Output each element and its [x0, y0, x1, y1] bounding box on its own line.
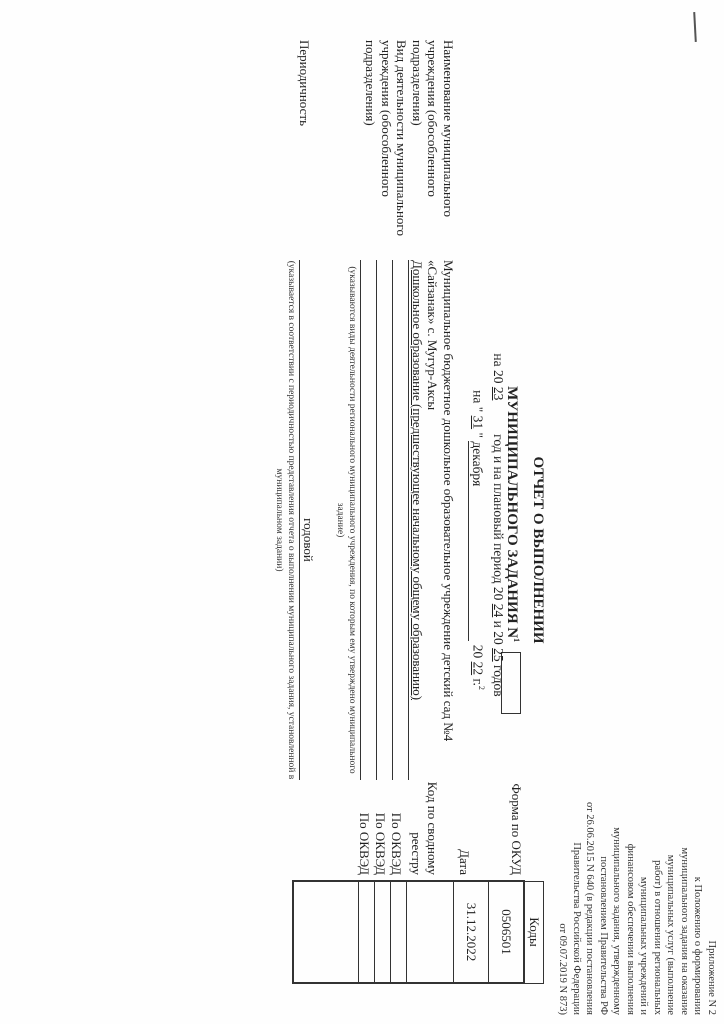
divider — [376, 260, 377, 780]
rotated-document-page: Приложение N 2 к Положению о формировани… — [0, 0, 724, 1024]
codes-label-okud: Форма по ОКУД — [509, 784, 525, 876]
divider — [392, 260, 393, 780]
date-line: на " 31 " декабря 20 22 г.2 — [469, 300, 487, 780]
divider — [360, 260, 361, 780]
codes-label-okved: По ОКВЭД — [373, 813, 389, 875]
periodicity-label: Периодичность — [296, 40, 312, 126]
plan-year-1: 24 — [491, 604, 506, 618]
appendix-line: муниципальных учреждений и — [637, 745, 651, 1015]
appendix-line: Правительства Российской Федерации — [570, 745, 584, 1015]
codes-cell-okved[interactable] — [391, 881, 407, 983]
institution-name-label: Наименование муниципального учреждения (… — [410, 40, 457, 240]
codes-label-registry: Код по сводному реестру — [409, 745, 440, 875]
period-line: на 20 23 год и на плановый период 20 24 … — [490, 245, 506, 805]
field-labels: Наименование муниципального учреждения (… — [363, 40, 456, 240]
codes-label-okved: По ОКВЭД — [389, 813, 405, 875]
codes-cell-okved[interactable] — [359, 881, 375, 983]
divider — [299, 260, 300, 780]
appendix-line: финансовом обеспечении выполнения — [624, 745, 638, 1015]
divider — [408, 260, 409, 780]
pen-mark — [693, 12, 697, 42]
codes-header: Коды — [524, 881, 544, 983]
date-month: декабря — [469, 441, 486, 641]
codes-label-okved: По ОКВЭД — [357, 813, 373, 875]
plan-year-2: 25 — [491, 648, 506, 662]
appendix-line: муниципального задания на оказание — [678, 745, 692, 1015]
appendix-line: от 26.06.2015 N 640 (в редакции постанов… — [583, 745, 597, 1015]
report-title: ОТЧЕТ О ВЫПОЛНЕНИИ МУНИЦИПАЛЬНОГО ЗАДАНИ… — [501, 300, 548, 800]
activity-value: Дошкольное образование (предшествующее н… — [410, 260, 426, 780]
activity-note: (указываются виды деятельности региональ… — [334, 260, 358, 780]
codes-table: Коды 0506501 31.12.2022 — [292, 880, 544, 984]
periodicity-note: (указывается в соответствии с периодично… — [273, 260, 297, 780]
report-year: 23 — [491, 387, 506, 401]
title-line-1: ОТЧЕТ О ВЫПОЛНЕНИИ — [527, 300, 548, 800]
appendix-line: к Положению о формировании — [691, 745, 705, 1015]
appendix-note: Приложение N 2 к Положению о формировани… — [556, 745, 718, 1015]
date-day: 31 — [471, 416, 486, 430]
codes-cell-blank[interactable] — [293, 881, 359, 983]
appendix-line: муниципального задания, утвержденному — [610, 745, 624, 1015]
appendix-line: муниципальных услуг (выполнение — [664, 745, 678, 1015]
appendix-line: Приложение N 2 — [705, 745, 719, 1015]
codes-cell-registry[interactable] — [407, 881, 454, 983]
periodicity-value: годовой — [300, 300, 316, 780]
codes-cell-date[interactable]: 31.12.2022 — [454, 881, 489, 983]
appendix-line: от 09.07.2019 N 873) — [556, 745, 570, 1015]
activity-type-label: Вид деятельности муниципального учрежден… — [363, 40, 410, 240]
codes-cell-okud[interactable]: 0506501 — [489, 881, 525, 983]
institution-value: Муниципальное бюджетное дошкольное образ… — [410, 260, 457, 780]
codes-label-date: Дата — [457, 849, 473, 875]
codes-cell-okved[interactable] — [375, 881, 391, 983]
appendix-line: работ) в отношении региональных — [651, 745, 665, 1015]
date-year: 22 — [471, 662, 486, 676]
appendix-line: постановлением Правительства РФ — [597, 745, 611, 1015]
